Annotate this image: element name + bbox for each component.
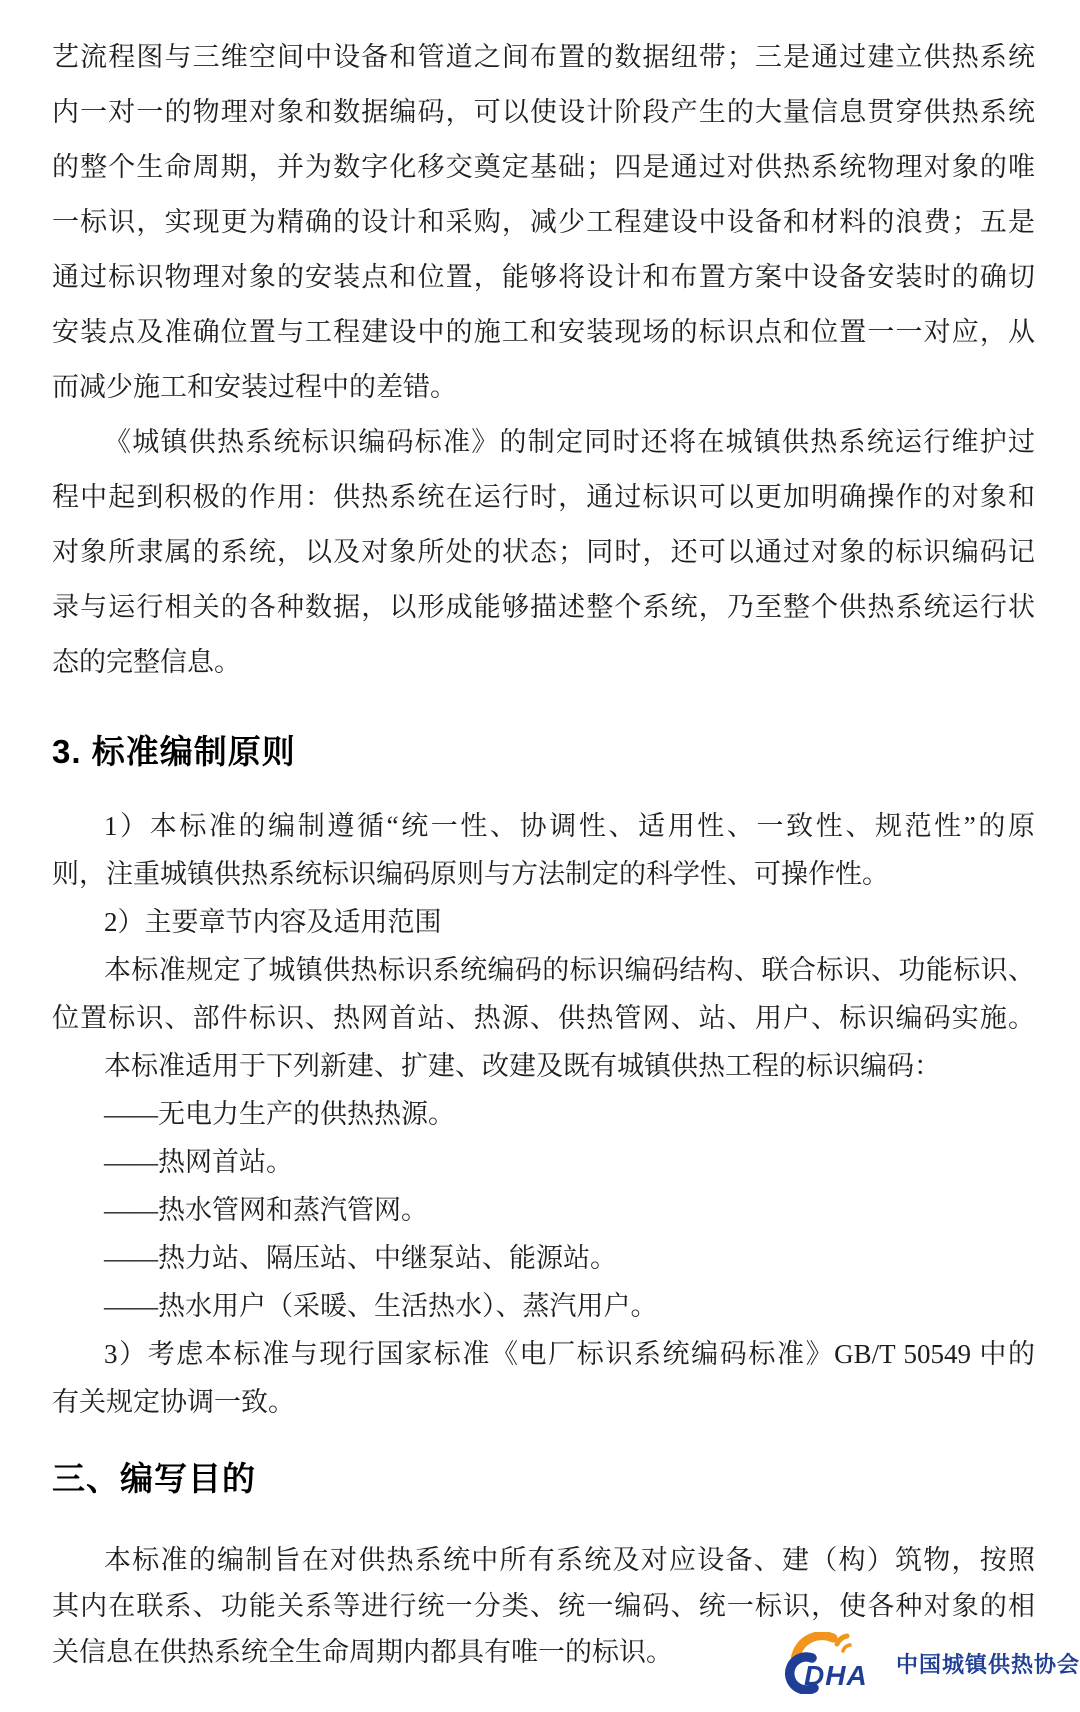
logo-orange-tick-large [837, 1636, 847, 1644]
text-line: 2）主要章节内容及适用范围 [52, 898, 1035, 946]
logo-abbr-text: DHA [804, 1660, 868, 1691]
text-line: ——热网首站。 [52, 1138, 1035, 1186]
text-line: 1）本标准的编制遵循“统一性、协调性、适用性、一致性、规范性”的原 [52, 802, 1035, 850]
text-line: 安装点及准确位置与工程建设中的施工和安装现场的标识点和位置一一对应，从 [52, 305, 1035, 360]
logo-orange-tick-small [843, 1645, 850, 1651]
text-line: 《城镇供热系统标识编码标准》的制定同时还将在城镇供热系统运行维护过 [52, 415, 1035, 470]
section-heading-purpose: 三、编写目的 [52, 1457, 1035, 1501]
text-line: 通过标识物理对象的安装点和位置，能够将设计和布置方案中设备安装时的确切 [52, 250, 1035, 305]
text-line: 的整个生命周期，并为数字化移交奠定基础；四是通过对供热系统物理对象的唯 [52, 140, 1035, 195]
text-line: 录与运行相关的各种数据，以形成能够描述整个系统，乃至整个供热系统运行状 [52, 580, 1035, 635]
text-line: 本标准规定了城镇供热标识系统编码的标识编码结构、联合标识、功能标识、 [52, 946, 1035, 994]
text-line: 有关规定协调一致。 [52, 1378, 1035, 1426]
text-line: ——热水管网和蒸汽管网。 [52, 1186, 1035, 1234]
text-line: 其内在联系、功能关系等进行统一分类、统一编码、统一标识，使各种对象的相 [52, 1583, 1035, 1629]
paragraph-block-principles: 1）本标准的编制遵循“统一性、协调性、适用性、一致性、规范性”的原则，注重城镇供… [52, 802, 1035, 1426]
cdha-logo-mark-icon: DHA [780, 1632, 880, 1694]
document-page: 艺流程图与三维空间中设备和管道之间布置的数据纽带；三是通过建立供热系统内一对一的… [0, 0, 1080, 1712]
text-line: 艺流程图与三维空间中设备和管道之间布置的数据纽带；三是通过建立供热系统 [52, 30, 1035, 85]
text-line: ——热力站、隔压站、中继泵站、能源站。 [52, 1234, 1035, 1282]
text-line: 本标准适用于下列新建、扩建、改建及既有城镇供热工程的标识编码： [52, 1042, 1035, 1090]
section-heading-principles: 3. 标准编制原则 [52, 730, 1035, 774]
text-line: 则，注重城镇供热系统标识编码原则与方法制定的科学性、可操作性。 [52, 850, 1035, 898]
text-line: 位置标识、部件标识、热网首站、热源、供热管网、站、用户、标识编码实施。 [52, 994, 1035, 1042]
text-line: ——热水用户（采暖、生活热水）、蒸汽用户。 [52, 1282, 1035, 1330]
logo-association-name: 中国城镇供热协会 [896, 1648, 1080, 1679]
paragraph-block-continuation: 艺流程图与三维空间中设备和管道之间布置的数据纽带；三是通过建立供热系统内一对一的… [52, 30, 1035, 690]
text-line: 程中起到积极的作用：供热系统在运行时，通过标识可以更加明确操作的对象和 [52, 470, 1035, 525]
text-line: 内一对一的物理对象和数据编码，可以使设计阶段产生的大量信息贯穿供热系统 [52, 85, 1035, 140]
cdha-logo: DHA 中国城镇供热协会 [780, 1632, 1080, 1694]
text-line: 对象所隶属的系统，以及对象所处的状态；同时，还可以通过对象的标识编码记 [52, 525, 1035, 580]
text-line: ——无电力生产的供热热源。 [52, 1090, 1035, 1138]
text-line: 态的完整信息。 [52, 635, 1035, 690]
text-line: 3）考虑本标准与现行国家标准《电厂标识系统编码标准》GB/T 50549 中的 [52, 1330, 1035, 1378]
text-line: 而减少施工和安装过程中的差错。 [52, 360, 1035, 415]
text-line: 本标准的编制旨在对供热系统中所有系统及对应设备、建（构）筑物，按照 [52, 1537, 1035, 1583]
text-line: 一标识，实现更为精确的设计和采购，减少工程建设中设备和材料的浪费；五是 [52, 195, 1035, 250]
